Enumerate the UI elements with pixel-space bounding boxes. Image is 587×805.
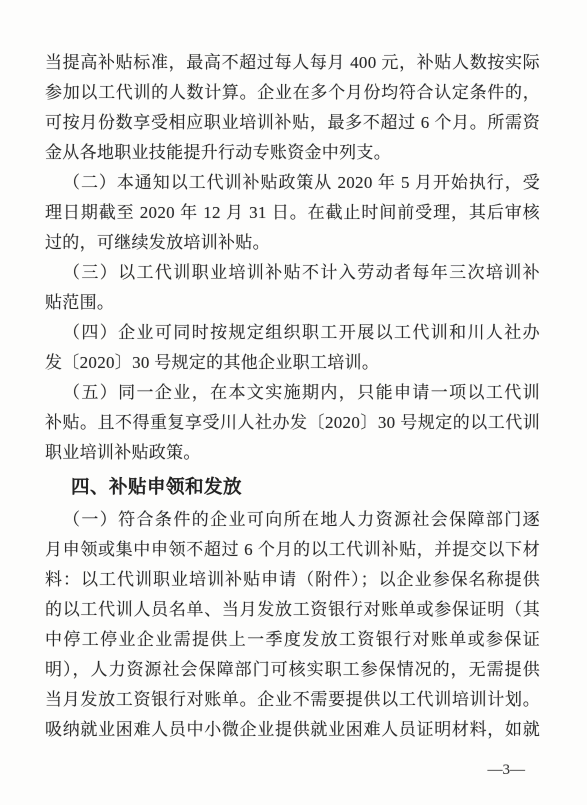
- text-line: 参加以工代训的人数计算。企业在多个月份均符合认定条件的，: [45, 78, 540, 108]
- body-section-upper: 当提高补贴标准，最高不超过每人每月 400 元，补贴人数按实际参加以工代训的人数…: [45, 48, 540, 468]
- text-line: 发〔2020〕30 号规定的其他企业职工培训。: [45, 348, 540, 378]
- text-line: （三）以工代训职业培训补贴不计入劳动者每年三次培训补: [45, 258, 540, 288]
- document-body: 当提高补贴标准，最高不超过每人每月 400 元，补贴人数按实际参加以工代训的人数…: [45, 48, 540, 779]
- text-line: 过的，可继续发放培训补贴。: [45, 228, 540, 258]
- paragraph: （一）符合条件的企业可向所在地人力资源社会保障部门逐月申领或集中申领不超过 6 …: [45, 505, 540, 745]
- text-line: （四）企业可同时按规定组织职工开展以工代训和川人社办: [45, 318, 540, 348]
- text-line: 贴范围。: [45, 288, 540, 318]
- paragraph: 当提高补贴标准，最高不超过每人每月 400 元，补贴人数按实际参加以工代训的人数…: [45, 48, 540, 168]
- text-line: 补贴。且不得重复享受川人社办发〔2020〕30 号规定的以工代训: [45, 408, 540, 438]
- paragraph: （二）本通知以工代训补贴政策从 2020 年 5 月开始执行，受理日期截至 20…: [45, 168, 540, 258]
- text-line: 的以工代训人员名单、当月发放工资银行对账单或参保证明（其: [45, 595, 540, 625]
- text-line: 职业培训补贴政策。: [45, 438, 540, 468]
- document-page: 当提高补贴标准，最高不超过每人每月 400 元，补贴人数按实际参加以工代训的人数…: [0, 0, 587, 805]
- body-section-lower: （一）符合条件的企业可向所在地人力资源社会保障部门逐月申领或集中申领不超过 6 …: [45, 505, 540, 745]
- text-line: 料：以工代训职业培训补贴申请（附件）；以企业参保名称提供: [45, 565, 540, 595]
- page-number: —3—: [45, 761, 540, 779]
- text-line: 明），人力资源社会保障部门可核实职工参保情况的，无需提供: [45, 655, 540, 685]
- text-line: 金从各地职业技能提升行动专账资金中列支。: [45, 138, 540, 168]
- text-line: 中停工停业企业需提供上一季度发放工资银行对账单或参保证: [45, 625, 540, 655]
- text-line: 当提高补贴标准，最高不超过每人每月 400 元，补贴人数按实际: [45, 48, 540, 78]
- text-line: 可按月份数享受相应职业培训补贴，最多不超过 6 个月。所需资: [45, 108, 540, 138]
- text-line: 当月发放工资银行对账单。企业不需要提供以工代训培训计划。: [45, 685, 540, 715]
- paragraph: （五）同一企业，在本文实施期内，只能申请一项以工代训补贴。且不得重复享受川人社办…: [45, 378, 540, 468]
- text-line: 吸纳就业困难人员中小微企业提供就业困难人员证明材料，如就: [45, 715, 540, 745]
- paragraph: （四）企业可同时按规定组织职工开展以工代训和川人社办发〔2020〕30 号规定的…: [45, 318, 540, 378]
- paragraph: （三）以工代训职业培训补贴不计入劳动者每年三次培训补贴范围。: [45, 258, 540, 318]
- text-line: （一）符合条件的企业可向所在地人力资源社会保障部门逐: [45, 505, 540, 535]
- text-line: （五）同一企业，在本文实施期内，只能申请一项以工代训: [45, 378, 540, 408]
- text-line: 理日期截至 2020 年 12 月 31 日。在截止时间前受理，其后审核通: [45, 198, 540, 228]
- section-heading: 四、补贴申领和发放: [45, 472, 540, 502]
- text-line: 月申领或集中申领不超过 6 个月的以工代训补贴，并提交以下材: [45, 535, 540, 565]
- text-line: （二）本通知以工代训补贴政策从 2020 年 5 月开始执行，受: [45, 168, 540, 198]
